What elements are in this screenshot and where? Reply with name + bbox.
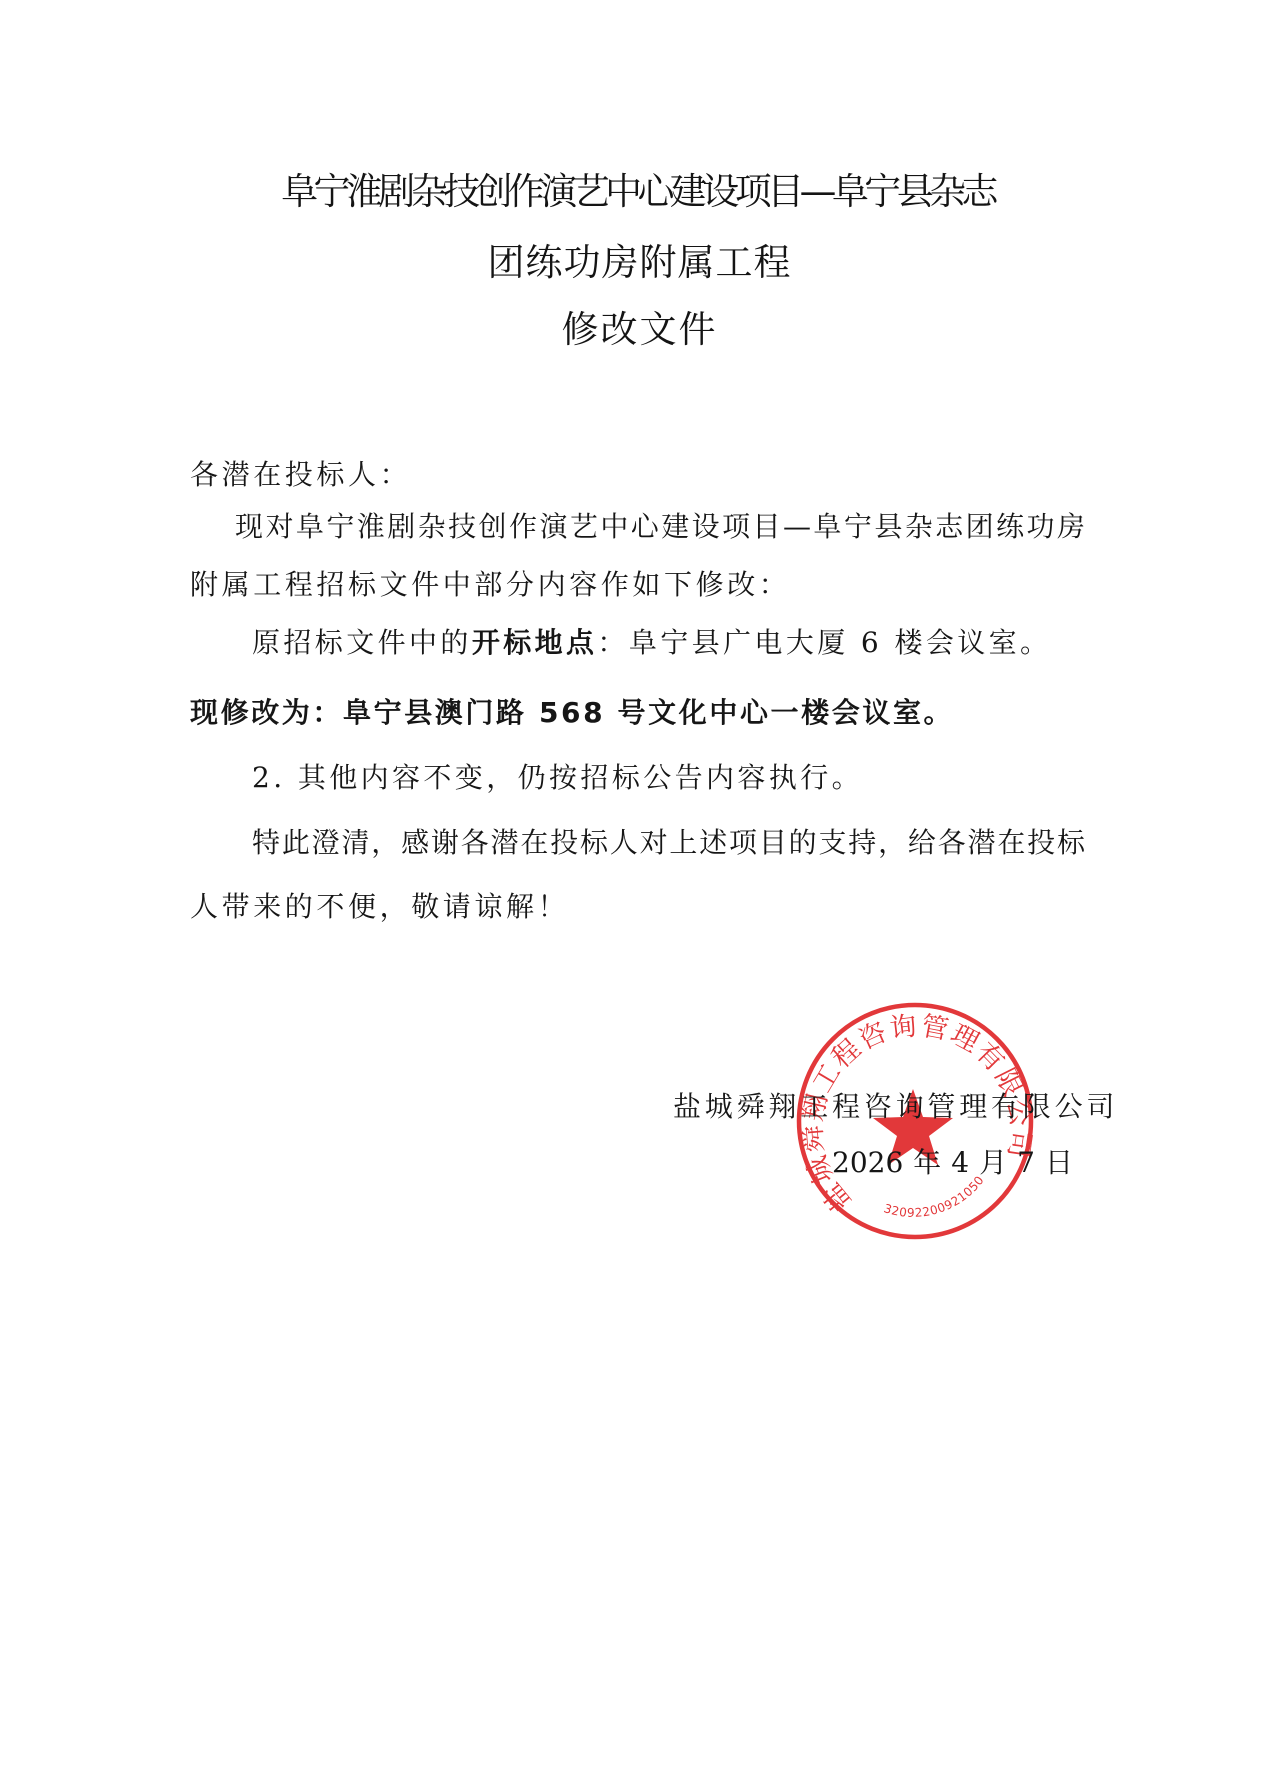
- intro-line-2: 附属工程招标文件中部分内容作如下修改：: [190, 567, 1085, 603]
- signature-date: 2026年4月7日: [832, 1145, 1073, 1181]
- intro-line-1: 现对阜宁淮剧杂技创作演艺中心建设项目—阜宁县杂志团练功房: [235, 509, 1085, 545]
- date-year-unit: 年: [913, 1146, 941, 1179]
- document-title-line-1: 阜宁淮剧杂技创作演艺中心建设项目—阜宁县杂志: [0, 170, 1277, 214]
- document-page: 阜宁淮剧杂技创作演艺中心建设项目—阜宁县杂志 团练功房附属工程 修改文件 各潜在…: [0, 0, 1279, 1773]
- original-value: ：阜宁县广电大厦 6 楼会议室。: [597, 626, 1051, 659]
- document-title-line-3: 修改文件: [0, 308, 1279, 352]
- original-label: 开标地点: [472, 626, 598, 659]
- document-title-line-2: 团练功房附属工程: [0, 241, 1279, 285]
- closing-line-1: 特此澄清，感谢各潜在投标人对上述项目的支持，给各潜在投标: [252, 825, 1085, 861]
- modified-location-line: 现修改为：阜宁县澳门路 568 号文化中心一楼会议室。: [190, 695, 1085, 731]
- signature-company: 盐城舜翔工程咨询管理有限公司: [673, 1089, 1118, 1125]
- closing-line-2: 人带来的不便，敬请谅解！: [190, 889, 1085, 925]
- date-year: 2026: [832, 1146, 903, 1179]
- salutation: 各潜在投标人：: [190, 457, 1085, 493]
- date-day-unit: 日: [1045, 1146, 1073, 1179]
- original-location-line: 原招标文件中的开标地点：阜宁县广电大厦 6 楼会议室。: [252, 625, 1147, 661]
- original-prefix: 原招标文件中的: [252, 626, 472, 659]
- date-month-unit: 月: [979, 1146, 1007, 1179]
- date-month: 4: [951, 1146, 969, 1179]
- item-2-line: 2. 其他内容不变，仍按招标公告内容执行。: [252, 760, 1147, 796]
- date-day: 7: [1017, 1146, 1035, 1179]
